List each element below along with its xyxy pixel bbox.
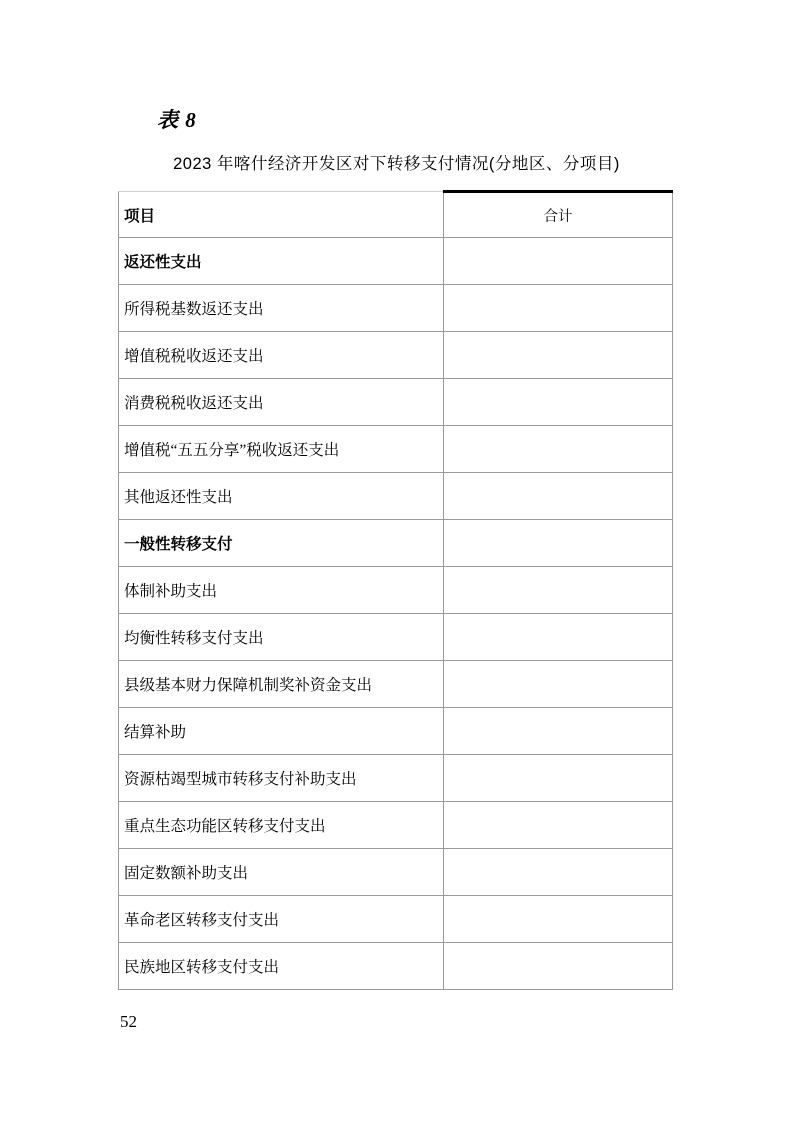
row-total-cell xyxy=(444,896,673,943)
table-row: 其他返还性支出 xyxy=(119,473,673,520)
row-total-cell xyxy=(444,379,673,426)
row-label-cell: 所得税基数返还支出 xyxy=(119,285,444,332)
table-row: 所得税基数返还支出 xyxy=(119,285,673,332)
table-row: 体制补助支出 xyxy=(119,567,673,614)
row-total-cell xyxy=(444,238,673,285)
row-total-cell xyxy=(444,661,673,708)
row-label-cell: 民族地区转移支付支出 xyxy=(119,943,444,990)
row-total-cell xyxy=(444,849,673,896)
table-row: 一般性转移支付 xyxy=(119,520,673,567)
row-total-cell xyxy=(444,567,673,614)
table-row: 均衡性转移支付支出 xyxy=(119,614,673,661)
row-total-cell xyxy=(444,426,673,473)
row-label-cell: 一般性转移支付 xyxy=(119,520,444,567)
row-total-cell xyxy=(444,755,673,802)
row-label-cell: 其他返还性支出 xyxy=(119,473,444,520)
row-total-cell xyxy=(444,614,673,661)
table-number-label: 表 8 xyxy=(157,104,197,134)
table-row: 增值税税收返还支出 xyxy=(119,332,673,379)
row-total-cell xyxy=(444,708,673,755)
row-label-cell: 革命老区转移支付支出 xyxy=(119,896,444,943)
table-row: 返还性支出 xyxy=(119,238,673,285)
table-row: 资源枯竭型城市转移支付补助支出 xyxy=(119,755,673,802)
row-label-cell: 返还性支出 xyxy=(119,238,444,285)
row-label-cell: 均衡性转移支付支出 xyxy=(119,614,444,661)
row-label-cell: 体制补助支出 xyxy=(119,567,444,614)
row-label-cell: 县级基本财力保障机制奖补资金支出 xyxy=(119,661,444,708)
table-row: 结算补助 xyxy=(119,708,673,755)
table-row: 消费税税收返还支出 xyxy=(119,379,673,426)
table-row: 重点生态功能区转移支付支出 xyxy=(119,802,673,849)
column-header-item: 项目 xyxy=(119,192,444,238)
row-total-cell xyxy=(444,520,673,567)
row-label-cell: 增值税税收返还支出 xyxy=(119,332,444,379)
row-label-cell: 结算补助 xyxy=(119,708,444,755)
table-title: 2023 年喀什经济开发区对下转移支付情况(分地区、分项目) xyxy=(0,150,793,174)
table-row: 民族地区转移支付支出 xyxy=(119,943,673,990)
table-row: 增值税“五五分享”税收返还支出 xyxy=(119,426,673,473)
row-total-cell xyxy=(444,332,673,379)
row-label-cell: 重点生态功能区转移支付支出 xyxy=(119,802,444,849)
column-header-total: 合计 xyxy=(444,192,673,238)
row-label-cell: 增值税“五五分享”税收返还支出 xyxy=(119,426,444,473)
table-header-row: 项目 合计 xyxy=(119,192,673,238)
row-total-cell xyxy=(444,473,673,520)
page-number: 52 xyxy=(120,1012,137,1032)
transfer-payment-table: 项目 合计 返还性支出所得税基数返还支出增值税税收返还支出消费税税收返还支出增值… xyxy=(118,190,673,990)
row-total-cell xyxy=(444,802,673,849)
row-label-cell: 固定数额补助支出 xyxy=(119,849,444,896)
table-row: 革命老区转移支付支出 xyxy=(119,896,673,943)
document-page: 表 8 2023 年喀什经济开发区对下转移支付情况(分地区、分项目) 项目 合计… xyxy=(0,0,793,1122)
table-row: 固定数额补助支出 xyxy=(119,849,673,896)
row-total-cell xyxy=(444,943,673,990)
row-total-cell xyxy=(444,285,673,332)
table-body: 返还性支出所得税基数返还支出增值税税收返还支出消费税税收返还支出增值税“五五分享… xyxy=(119,238,673,990)
table-row: 县级基本财力保障机制奖补资金支出 xyxy=(119,661,673,708)
row-label-cell: 资源枯竭型城市转移支付补助支出 xyxy=(119,755,444,802)
row-label-cell: 消费税税收返还支出 xyxy=(119,379,444,426)
